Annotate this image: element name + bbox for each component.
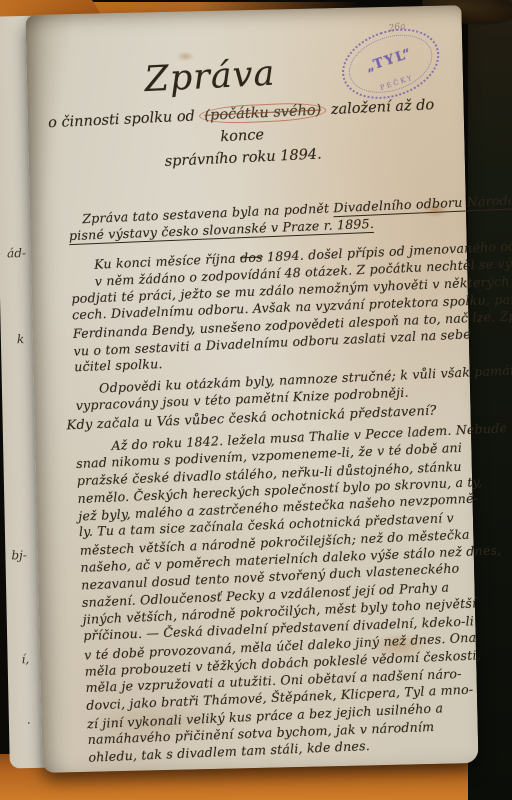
left-page-text-fragment: bj-: [11, 548, 27, 562]
manuscript-upper-block: Zpráva tato sestavena byla na podnět Div…: [68, 195, 451, 434]
intro-paragraph: Zpráva tato sestavena byla na podnět Div…: [68, 195, 443, 245]
subtitle-line2: správního roku 1894.: [164, 146, 322, 169]
left-page-text-fragment: ád-: [7, 246, 26, 260]
left-page-text-fragment: í,: [21, 652, 29, 666]
subtitle-text: o činnosti spolku od: [48, 108, 200, 131]
answer-paragraph: Až do roku 1842. ležela musa Thalie v Pe…: [75, 422, 462, 766]
left-page-text-fragment: k: [17, 332, 25, 346]
left-page-text-fragment: ·: [27, 716, 31, 730]
subtitle-circled-correction: (počátku svého): [199, 101, 327, 125]
photo-frame: ád- k bj- í, · 26a · · · · · · „TYL“ PEČ…: [0, 0, 512, 800]
page-subtitle: o činnosti spolku od (počátku svého) zal…: [37, 94, 448, 179]
page-title: Zpráva: [26, 48, 394, 106]
manuscript-page: 26a · · · · · · „TYL“ PEČKY Zpráva o čin…: [25, 5, 478, 773]
request-paragraph: Ku konci měsíce října dos 1894. došel př…: [70, 241, 449, 377]
struck-word: dos: [240, 249, 263, 265]
request-paragraph-lines: v něm žádáno o zodpovídání 48 otázek. Z …: [70, 258, 448, 377]
manuscript-body: Zpráva tato sestavena byla na podnět Div…: [70, 202, 457, 767]
